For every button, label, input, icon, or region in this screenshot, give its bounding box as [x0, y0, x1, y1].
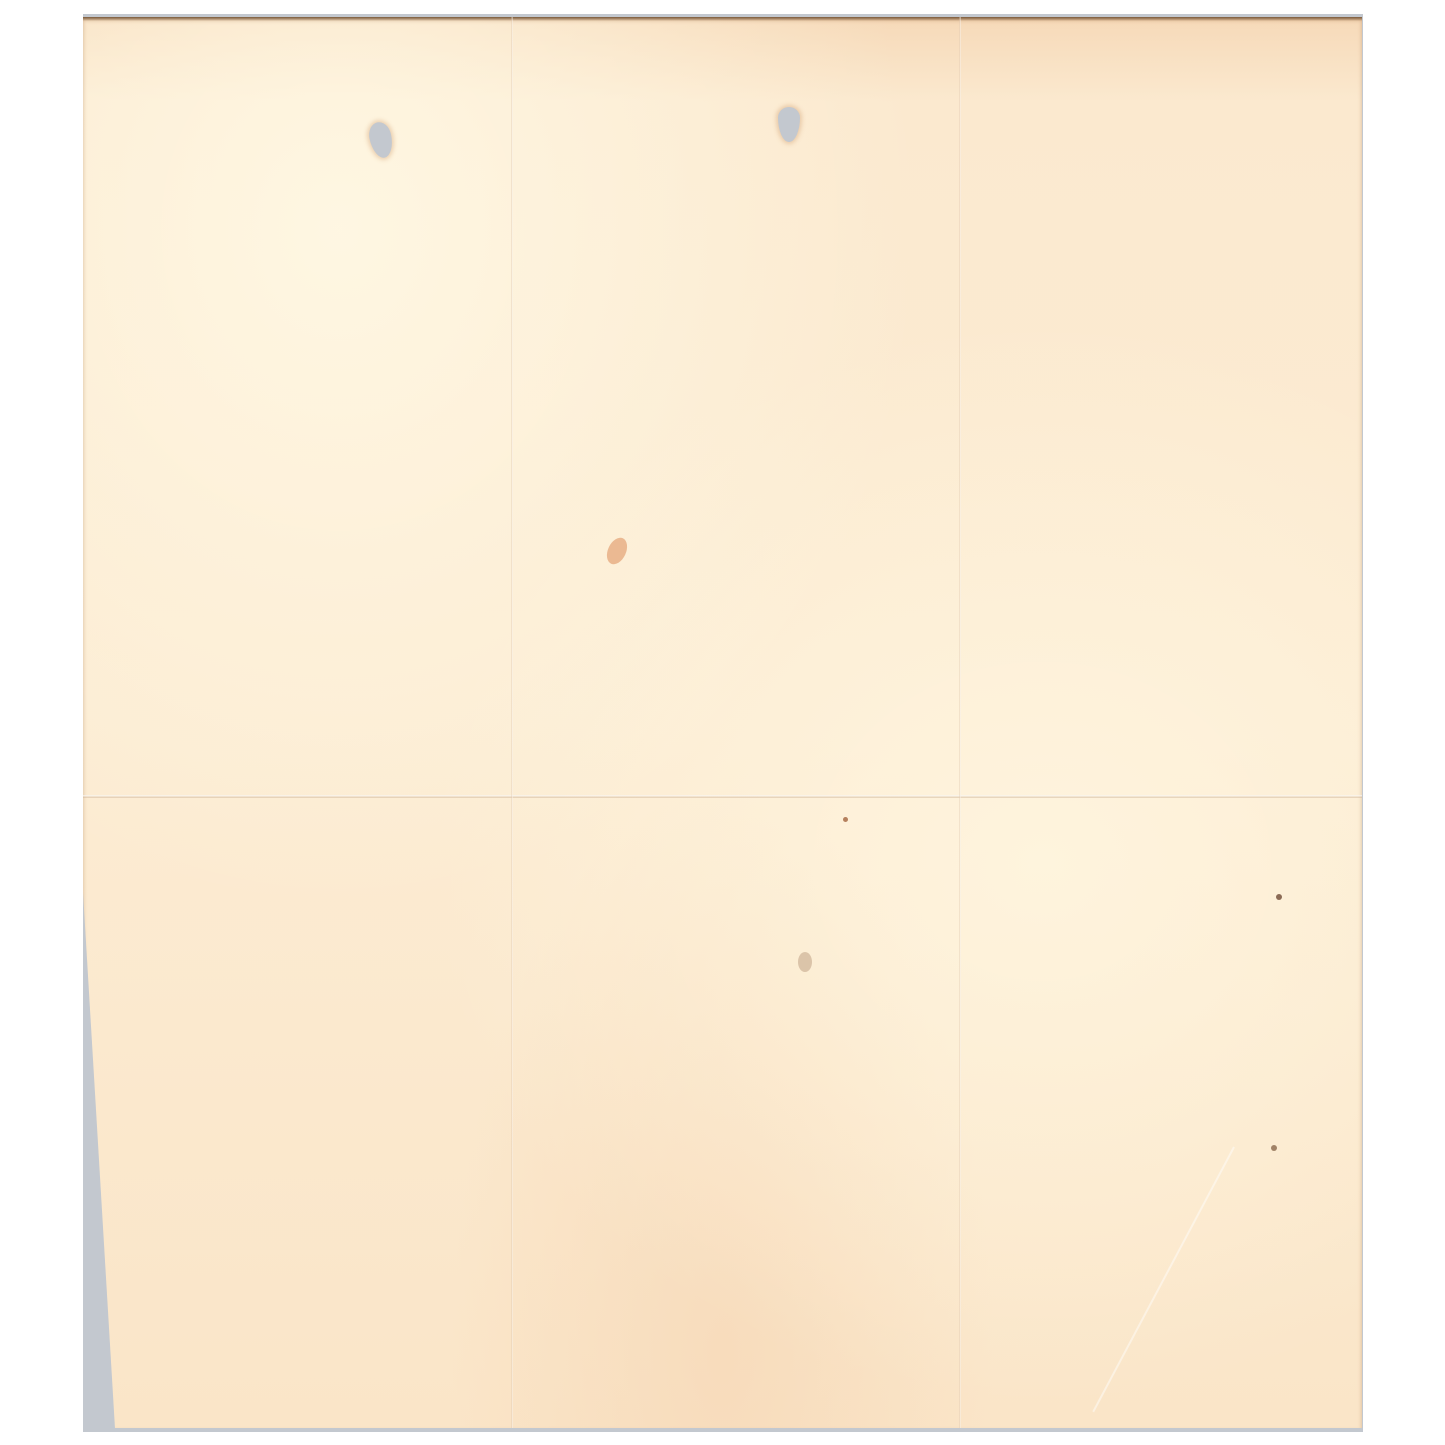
vertical-fold-crease-left — [511, 17, 513, 1428]
paper-sheet — [83, 17, 1362, 1428]
vertical-fold-crease-right — [959, 17, 961, 1428]
punch-hole-right — [778, 107, 800, 142]
foxing-stain — [603, 535, 631, 568]
horizontal-fold-crease — [83, 795, 1362, 798]
foxing-spot — [1271, 1145, 1277, 1151]
punch-hole-left — [366, 120, 395, 160]
foxing-spot — [843, 817, 848, 822]
foxing-stain — [798, 952, 812, 972]
corner-crease — [1092, 1147, 1235, 1413]
foxing-spot — [1276, 894, 1282, 900]
toned-top-edge — [83, 17, 1362, 21]
